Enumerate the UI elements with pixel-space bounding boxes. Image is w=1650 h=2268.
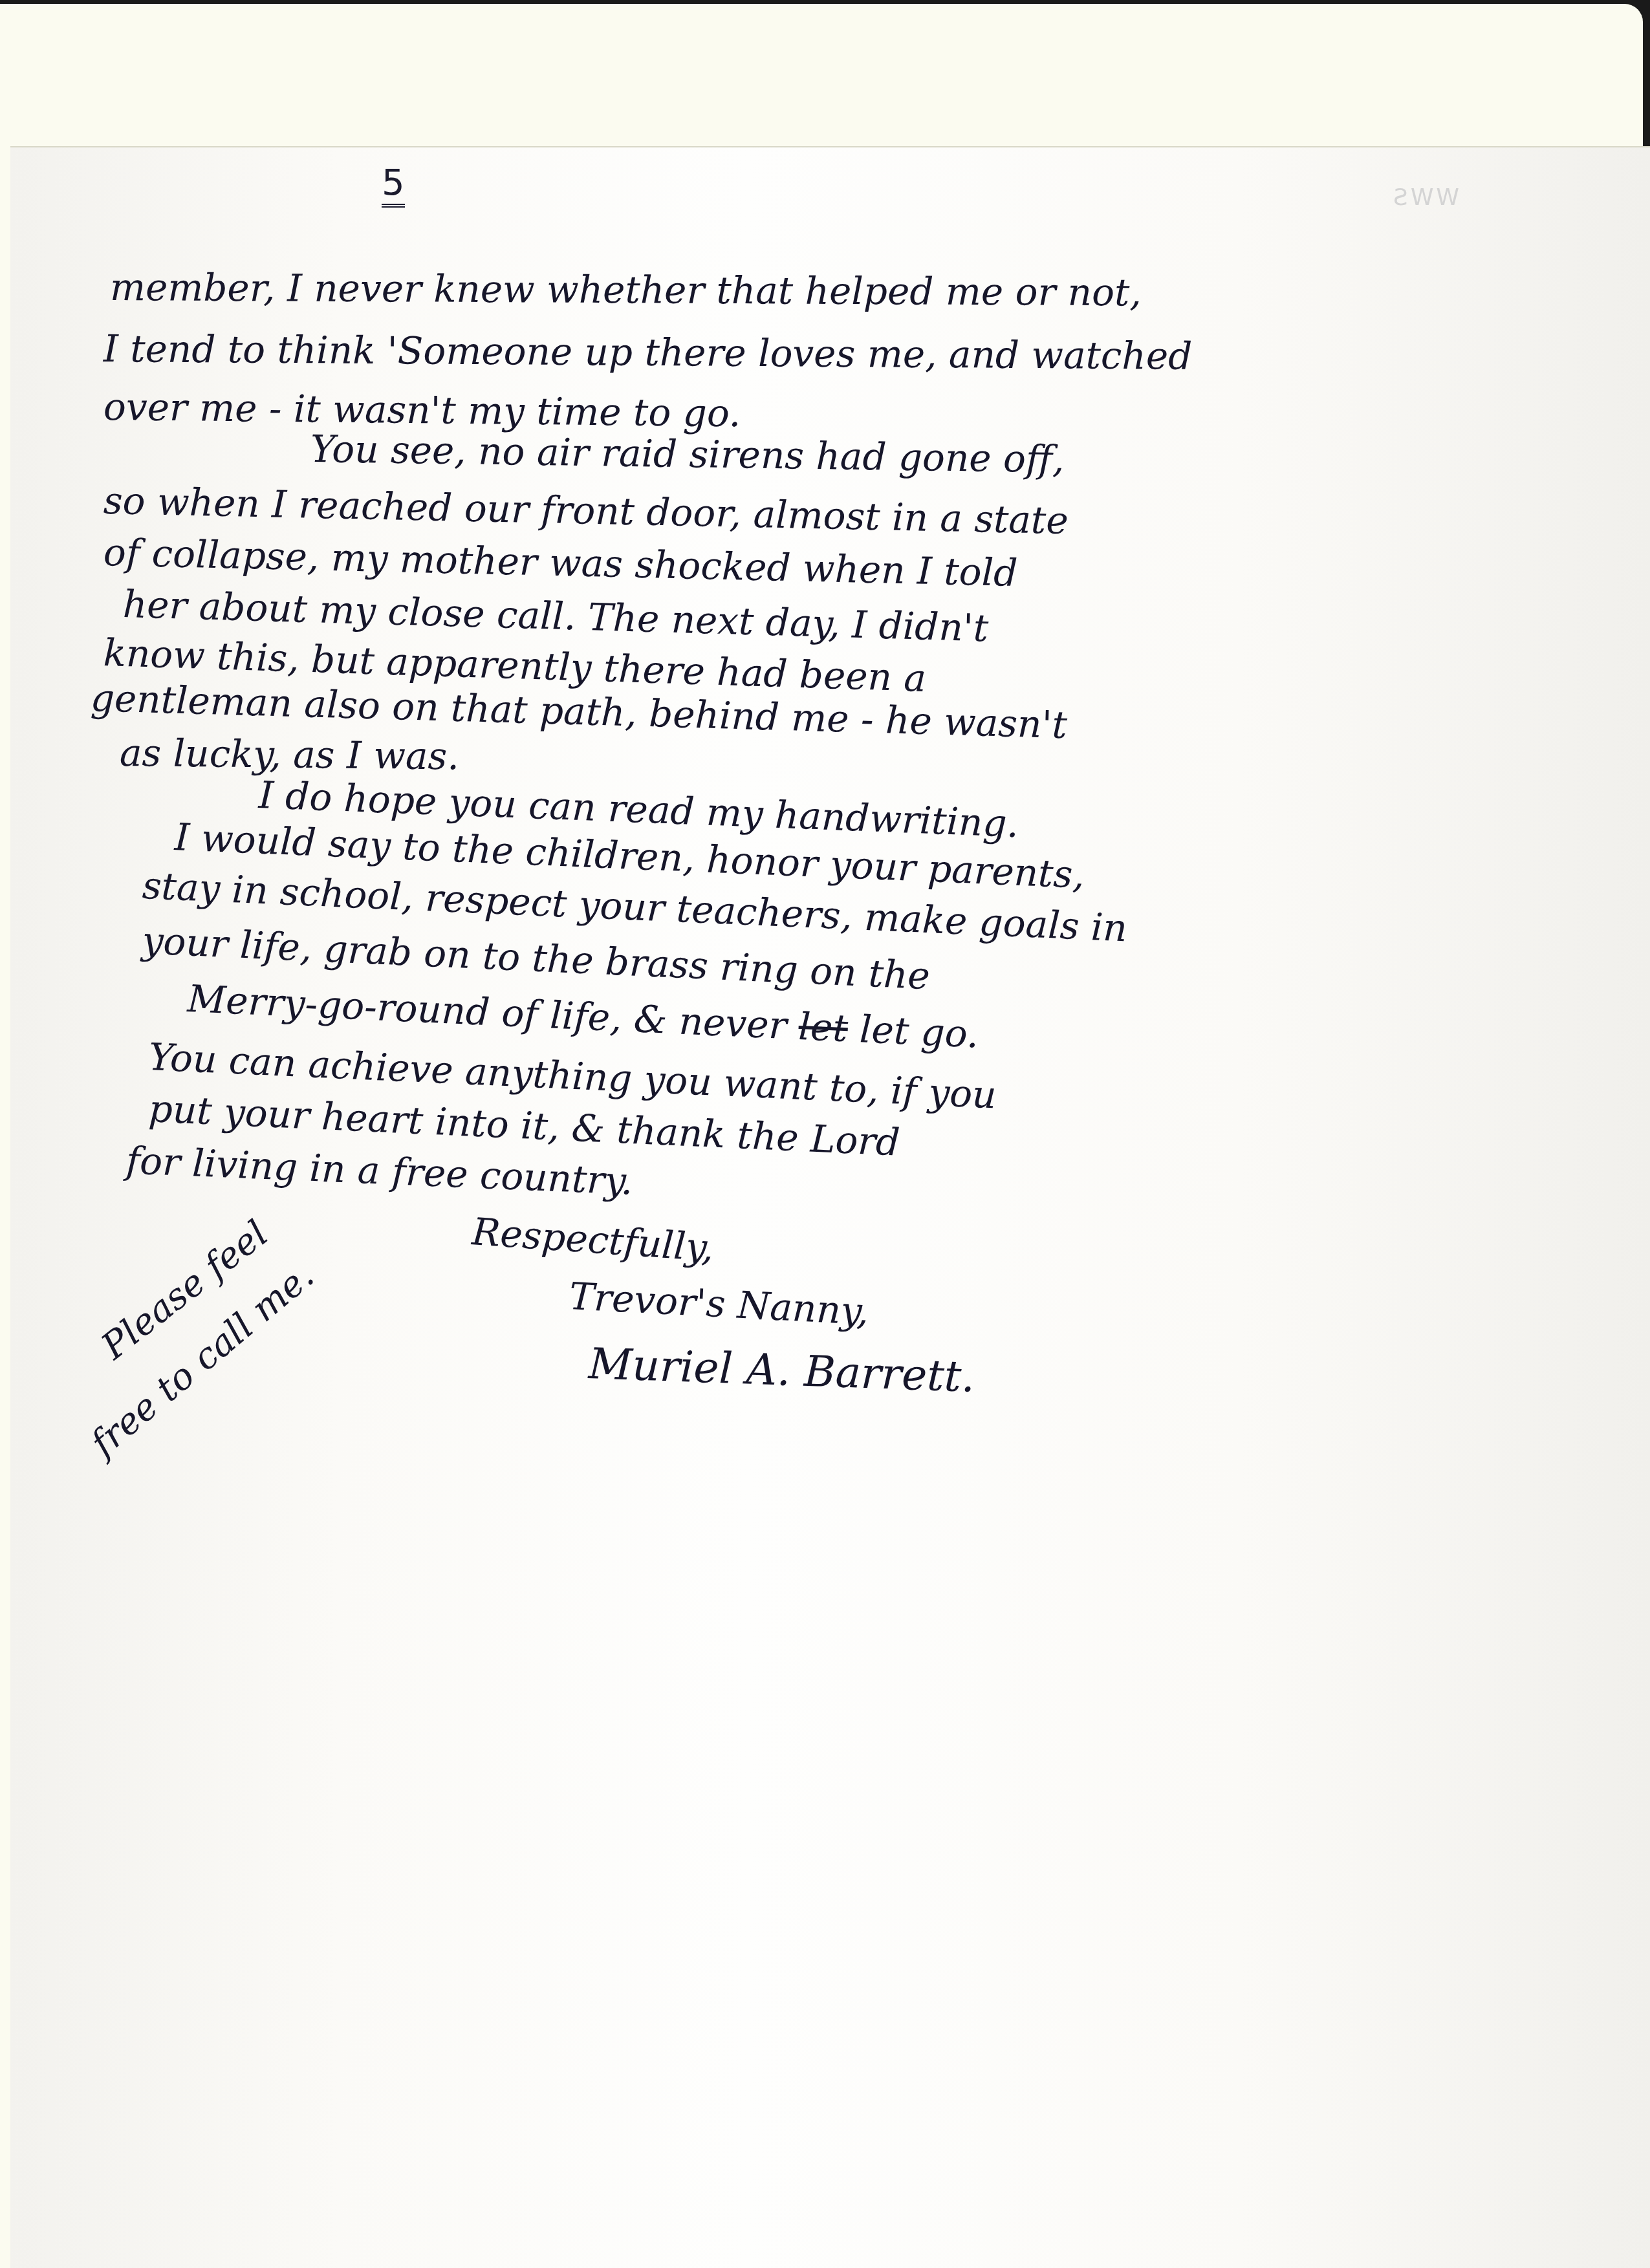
struck-word: let — [798, 1004, 849, 1050]
body-line: I tend to think 'Someone up there loves … — [103, 327, 1193, 378]
page-number: 5 — [382, 165, 405, 208]
body-line: member, I never knew whether that helped… — [110, 265, 1142, 314]
bleed-through-mark: WWS — [1391, 184, 1459, 211]
body-line-ending: let go. — [859, 1007, 980, 1056]
body-line: as lucky, as I was. — [120, 731, 459, 778]
